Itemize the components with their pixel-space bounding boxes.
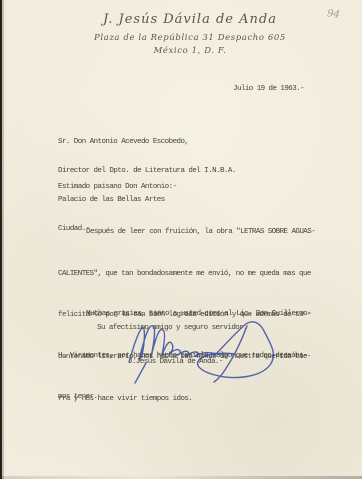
- body-line: mos tener.: [58, 391, 328, 405]
- letterhead: J. Jesús Dávila de Anda Plaza de la Repú…: [40, 12, 340, 56]
- letterhead-name: J. Jesús Dávila de Anda: [40, 12, 340, 27]
- typed-signature-name: J.Jesús Dávila de Anda.-: [128, 358, 223, 366]
- handwritten-signature: [115, 318, 300, 386]
- recipient-line: Sr. Don Antonio Acevedo Escobedo,: [58, 138, 236, 148]
- date-line: Julio 19 de 1963.-: [233, 85, 304, 93]
- pencil-page-number: 94: [326, 8, 340, 21]
- scan-edge-left-shadow: [2, 0, 4, 479]
- recipient-line: Director del Dpto. de Literatura del I.N…: [58, 167, 236, 177]
- letterhead-address: Plaza de la República 31 Despacho 605: [40, 33, 340, 43]
- salutation: Estimado paisano Don Antonio:-: [58, 183, 177, 191]
- body-line: Después de leer con fruición, la obra "L…: [58, 226, 328, 240]
- letterhead-city: México 1, D. F.: [40, 46, 340, 56]
- scanned-letter-page: J. Jesús Dávila de Anda Plaza de la Repú…: [0, 0, 362, 479]
- signature-ink-icon: [115, 318, 300, 386]
